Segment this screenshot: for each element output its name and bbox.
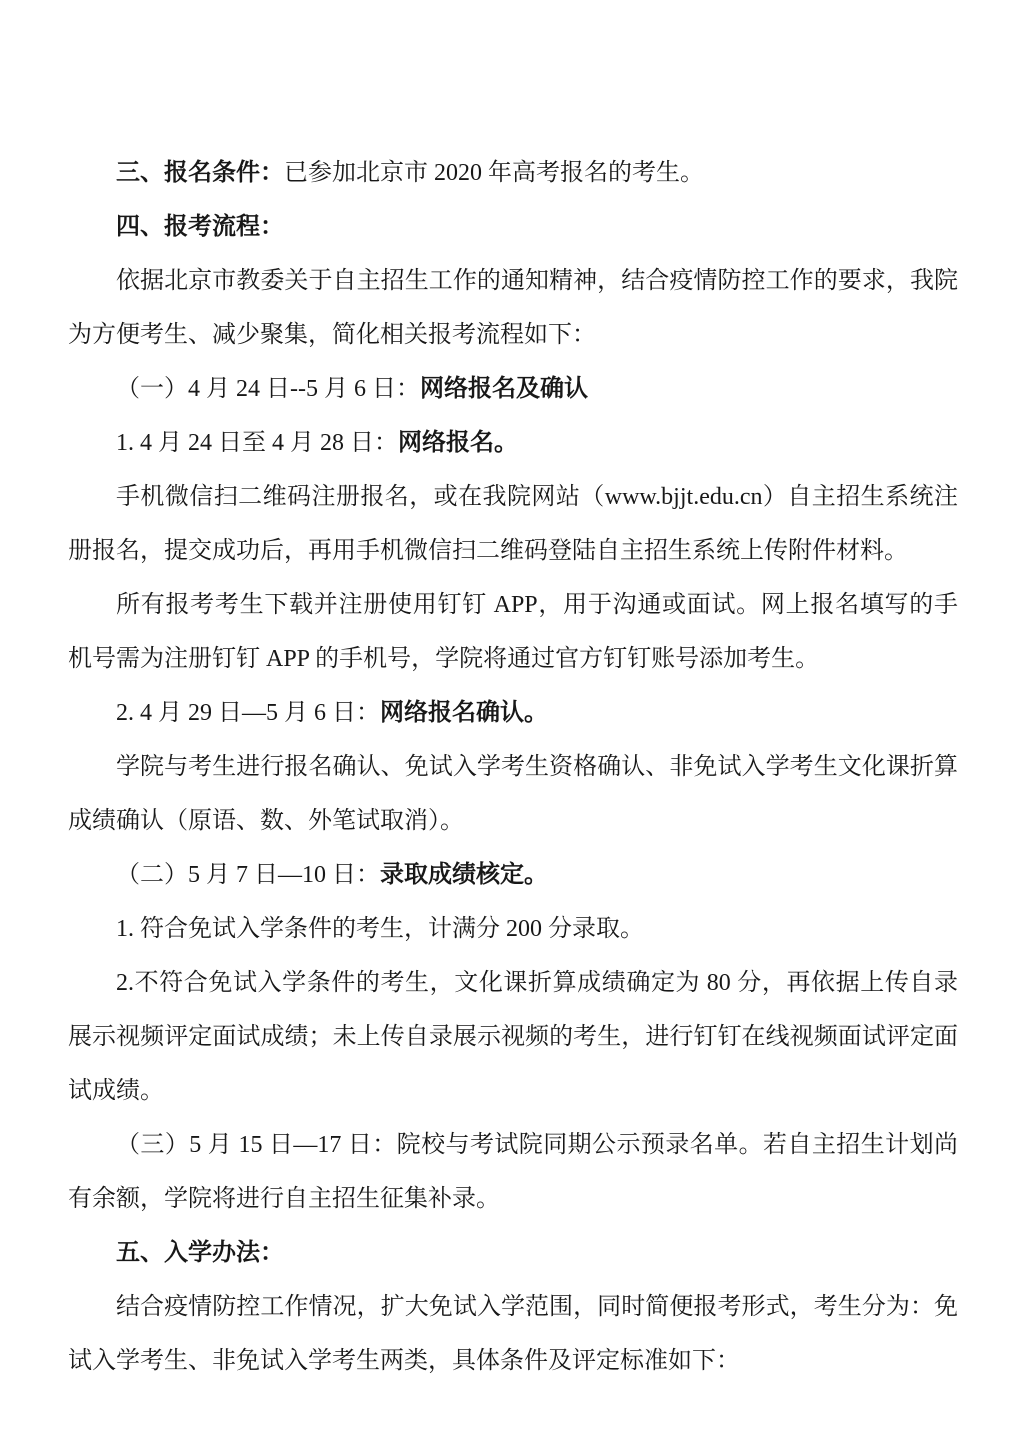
paragraph: 三、报名条件：已参加北京市 2020 年高考报名的考生。 bbox=[68, 146, 958, 200]
text-run: 1. 符合免试入学条件的考生，计满分 200 分录取。 bbox=[116, 916, 644, 942]
paragraph: 所有报考考生下载并注册使用钉钉 APP，用于沟通或面试。网上报名填写的手机号需为… bbox=[68, 578, 958, 686]
paragraph: 2.不符合免试入学条件的考生，文化课折算成绩确定为 80 分，再依据上传自录展示… bbox=[68, 956, 958, 1118]
text-run: （一）4 月 24 日--5 月 6 日： bbox=[116, 376, 420, 402]
text-run: 依据北京市教委关于自主招生工作的通知精神，结合疫情防控工作的要求，我院为方便考生… bbox=[68, 268, 958, 348]
heading-run: 网络报名。 bbox=[398, 430, 518, 456]
heading-run: 四、报考流程： bbox=[116, 214, 284, 240]
paragraph: 1. 符合免试入学条件的考生，计满分 200 分录取。 bbox=[68, 902, 958, 956]
text-run: （二）5 月 7 日—10 日： bbox=[116, 862, 380, 888]
paragraph: 学院与考生进行报名确认、免试入学考生资格确认、非免试入学考生文化课折算成绩确认（… bbox=[68, 740, 958, 848]
text-run: 2. 4 月 29 日—5 月 6 日： bbox=[116, 700, 380, 726]
paragraph: （三）5 月 15 日—17 日：院校与考试院同期公示预录名单。若自主招生计划尚… bbox=[68, 1118, 958, 1226]
paragraph: 1. 4 月 24 日至 4 月 28 日：网络报名。 bbox=[68, 416, 958, 470]
text-run: （三）5 月 15 日—17 日：院校与考试院同期公示预录名单。若自主招生计划尚… bbox=[68, 1132, 958, 1212]
text-run: 学院与考生进行报名确认、免试入学考生资格确认、非免试入学考生文化课折算成绩确认（… bbox=[68, 754, 958, 834]
paragraph: 五、入学办法： bbox=[68, 1226, 958, 1280]
paragraph: 四、报考流程： bbox=[68, 200, 958, 254]
heading-run: 网络报名确认。 bbox=[380, 700, 548, 726]
paragraph: （二）5 月 7 日—10 日：录取成绩核定。 bbox=[68, 848, 958, 902]
heading-run: 三、报名条件： bbox=[116, 160, 284, 186]
paragraph: （一）4 月 24 日--5 月 6 日：网络报名及确认 bbox=[68, 362, 958, 416]
document-page: 三、报名条件：已参加北京市 2020 年高考报名的考生。四、报考流程：依据北京市… bbox=[0, 0, 1024, 1448]
heading-run: 五、入学办法： bbox=[116, 1240, 284, 1266]
heading-run: 网络报名及确认 bbox=[420, 376, 588, 402]
text-run: 已参加北京市 2020 年高考报名的考生。 bbox=[284, 160, 704, 186]
paragraph: 手机微信扫二维码注册报名，或在我院网站（www.bjjt.edu.cn）自主招生… bbox=[68, 470, 958, 578]
text-run: 2.不符合免试入学条件的考生，文化课折算成绩确定为 80 分，再依据上传自录展示… bbox=[68, 970, 958, 1104]
paragraph: 依据北京市教委关于自主招生工作的通知精神，结合疫情防控工作的要求，我院为方便考生… bbox=[68, 254, 958, 362]
paragraph: 2. 4 月 29 日—5 月 6 日：网络报名确认。 bbox=[68, 686, 958, 740]
text-run: 所有报考考生下载并注册使用钉钉 APP，用于沟通或面试。网上报名填写的手机号需为… bbox=[68, 592, 958, 672]
text-run: 手机微信扫二维码注册报名，或在我院网站（www.bjjt.edu.cn）自主招生… bbox=[68, 484, 958, 564]
document-body: 三、报名条件：已参加北京市 2020 年高考报名的考生。四、报考流程：依据北京市… bbox=[68, 146, 958, 1388]
text-run: 结合疫情防控工作情况，扩大免试入学范围，同时简便报考形式，考生分为：免试入学考生… bbox=[68, 1294, 958, 1374]
text-run: 1. 4 月 24 日至 4 月 28 日： bbox=[116, 430, 398, 456]
paragraph: 结合疫情防控工作情况，扩大免试入学范围，同时简便报考形式，考生分为：免试入学考生… bbox=[68, 1280, 958, 1388]
heading-run: 录取成绩核定。 bbox=[380, 862, 548, 888]
